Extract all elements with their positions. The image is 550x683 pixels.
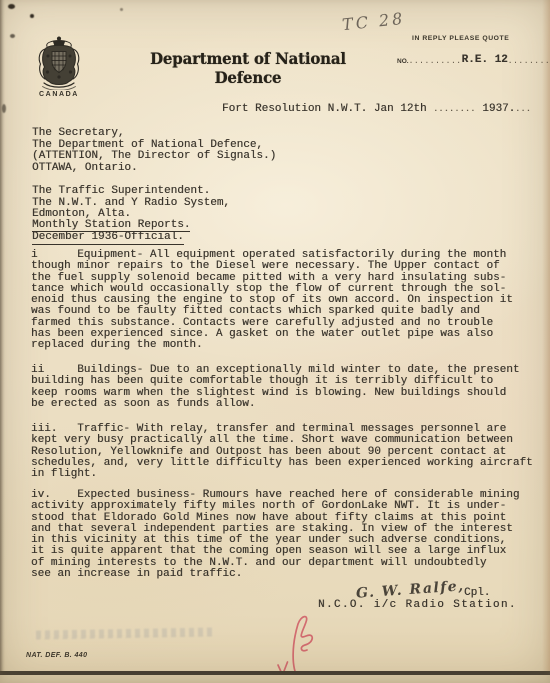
paragraph-iii-traffic: iii. Traffic- With relay, transfer and t… (31, 424, 533, 480)
signature-rank: Cpl. (464, 588, 490, 599)
leader-dots: ... (515, 105, 531, 114)
form-number: NAT. DEF. B. 440 (26, 652, 87, 659)
typed-line: The Secretary, (32, 128, 276, 140)
scan-speck (10, 34, 15, 38)
typed-line: schedules, and, very little difficulty h… (31, 458, 533, 469)
scan-speck (8, 4, 15, 9)
no-label: NO. (397, 58, 409, 65)
scan-speck (120, 8, 123, 11)
coat-of-arms-icon (36, 36, 82, 90)
typed-line: The Traffic Superintendent. (32, 186, 230, 198)
paragraph-iv-expected-business: iv. Expected business- Rumours have reac… (31, 490, 519, 580)
scan-bottom-strip (0, 675, 550, 683)
letterhead-title: Department of National Defence (133, 49, 363, 87)
typed-line: activity approximately fifty miles north… (31, 501, 519, 512)
leader-dots: ........ (433, 105, 475, 114)
crest-canada-label: CANADA (28, 91, 90, 98)
sender-address-block: The Traffic Superintendent.The N.W.T. an… (32, 186, 230, 221)
typed-line: replaced during the month. (31, 340, 513, 351)
leader-dots: ........ (508, 57, 550, 66)
typed-line: in flight. (31, 469, 533, 480)
scan-speck (30, 14, 34, 18)
scan-speck (2, 104, 6, 113)
letter-page: CANADA Department of National Defence TC… (0, 0, 550, 683)
paragraph-i-equipment: i Equipment- All equipment operated sati… (31, 250, 513, 352)
file-number-row: NO...........R.E. 12........ (397, 50, 535, 68)
scan-edge-right (542, 0, 550, 683)
leader-dots: .......... (409, 57, 462, 66)
scan-edge-left (0, 0, 5, 683)
handwritten-file-note: TC 28 (341, 9, 406, 35)
typed-line: though minor repairs to the Diesel were … (31, 261, 513, 272)
typed-line: be erected as soon as funds allow. (31, 399, 519, 410)
typed-line: kept very busy practically all the time.… (31, 435, 533, 446)
paragraph-ii-buildings: ii Buildings- Due to an exceptionally mi… (31, 365, 519, 410)
subject-block: Monthly Station Reports.December 1936-Of… (32, 220, 190, 245)
dateline: Fort Resolution N.W.T. Jan 12th ........… (222, 104, 531, 115)
recipient-address-block: The Secretary,The Department of National… (32, 128, 276, 174)
subject-line-underlined: December 1936-Official. (32, 232, 184, 244)
in-reply-label: IN REPLY PLEASE QUOTE (412, 35, 509, 42)
typed-line: OTTAWA, Ontario. (32, 163, 276, 175)
faded-erased-marking (36, 627, 216, 639)
dateline-place-date: Fort Resolution N.W.T. Jan 12th (222, 103, 427, 115)
typed-line: building has been quite comfortable thou… (31, 376, 519, 387)
file-number-value: R.E. 12 (462, 54, 508, 66)
dateline-year: 1937. (482, 103, 515, 115)
